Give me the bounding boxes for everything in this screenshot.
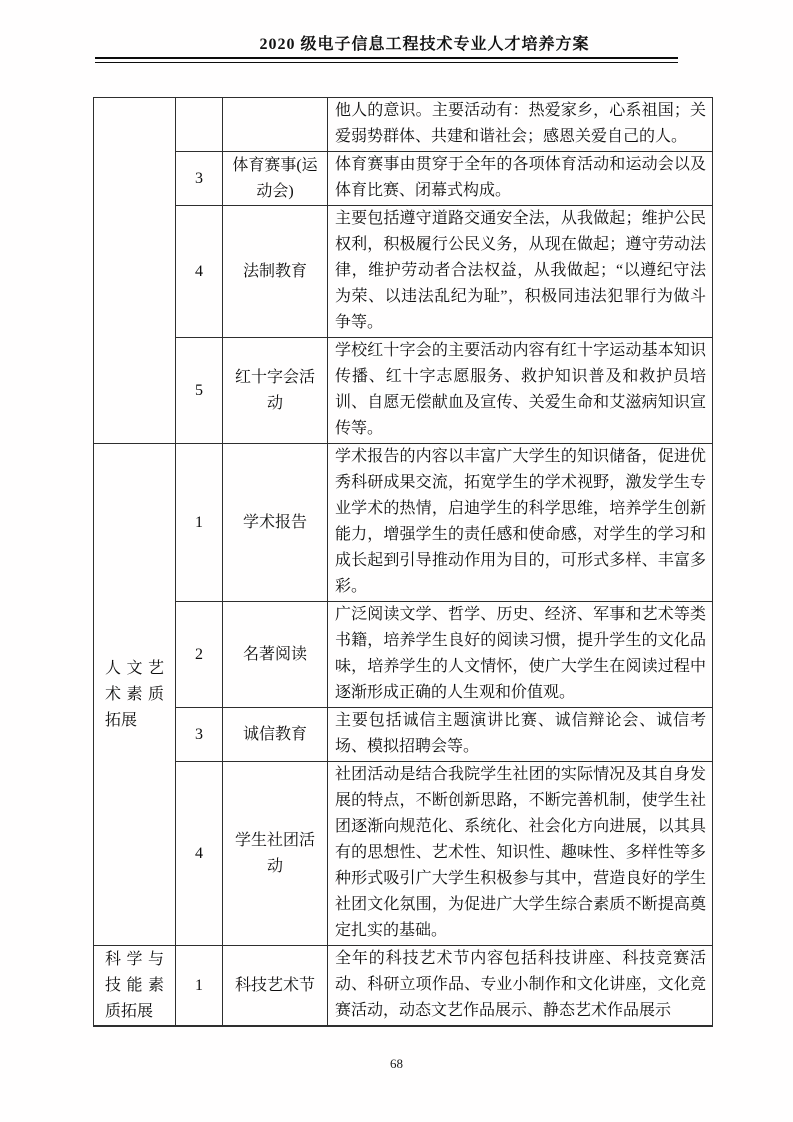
activity-description-cell: 广泛阅读文学、哲学、历史、经济、军事和艺术等类书籍，培养学生良好的阅读习惯，提升…	[328, 602, 713, 708]
category-cell	[94, 98, 176, 444]
training-program-table: 他人的意识。主要活动有：热爱家乡，心系祖国；关爱弱势群体、共建和谐社会；感恩关爱…	[93, 97, 713, 1027]
row-number-cell: 1	[176, 946, 223, 1027]
table-row: 3体育赛事(运动会)体育赛事由贯穿于全年的各项体育活动和运动会以及体育比赛、闭幕…	[94, 152, 713, 206]
document-title: 2020 级电子信息工程技术专业人才培养方案	[0, 31, 793, 54]
table-row: 4法制教育主要包括遵守道路交通安全法，从我做起；维护公民权利，积极履行公民义务，…	[94, 206, 713, 338]
activity-name-cell: 学生社团活动	[223, 762, 328, 946]
activity-description-cell: 社团活动是结合我院学生社团的实际情况及其自身发展的特点，不断创新思路，不断完善机…	[328, 762, 713, 946]
activity-description-cell: 学术报告的内容以丰富广大学生的知识储备，促进优秀科研成果交流，拓宽学生的学术视野…	[328, 444, 713, 602]
activity-name-cell: 红十字会活动	[223, 338, 328, 444]
activity-name-cell: 科技艺术节	[223, 946, 328, 1027]
activity-description-cell: 主要包括诚信主题演讲比赛、诚信辩论会、诚信考场、模拟招聘会等。	[328, 708, 713, 762]
activity-name-cell: 名著阅读	[223, 602, 328, 708]
row-number-cell: 3	[176, 152, 223, 206]
table-row: 人文艺术素质拓展1学术报告学术报告的内容以丰富广大学生的知识储备，促进优秀科研成…	[94, 444, 713, 602]
activity-description-cell: 全年的科技艺术节内容包括科技讲座、科技竞赛活动、科研立项作品、专业小制作和文化讲…	[328, 946, 713, 1027]
row-number-cell: 5	[176, 338, 223, 444]
row-number-cell	[176, 98, 223, 152]
activity-description-cell: 主要包括遵守道路交通安全法，从我做起；维护公民权利，积极履行公民义务，从现在做起…	[328, 206, 713, 338]
category-cell: 科学与技能素质拓展	[94, 946, 176, 1027]
row-number-cell: 4	[176, 206, 223, 338]
table-row: 5红十字会活动学校红十字会的主要活动内容有红十字运动基本知识传播、红十字志愿服务…	[94, 338, 713, 444]
activity-name-cell: 学术报告	[223, 444, 328, 602]
activity-description-cell: 体育赛事由贯穿于全年的各项体育活动和运动会以及体育比赛、闭幕式构成。	[328, 152, 713, 206]
training-table-body: 他人的意识。主要活动有：热爱家乡，心系祖国；关爱弱势群体、共建和谐社会；感恩关爱…	[94, 98, 713, 1027]
row-number-cell: 1	[176, 444, 223, 602]
header-divider	[95, 57, 678, 63]
activity-name-cell: 体育赛事(运动会)	[223, 152, 328, 206]
row-number-cell: 3	[176, 708, 223, 762]
table-row: 4学生社团活动社团活动是结合我院学生社团的实际情况及其自身发展的特点，不断创新思…	[94, 762, 713, 946]
page-number: 68	[0, 1056, 793, 1072]
row-number-cell: 2	[176, 602, 223, 708]
activity-description-cell: 学校红十字会的主要活动内容有红十字运动基本知识传播、红十字志愿服务、救护知识普及…	[328, 338, 713, 444]
activity-name-cell	[223, 98, 328, 152]
activity-name-cell: 诚信教育	[223, 708, 328, 762]
document-page: 2020 级电子信息工程技术专业人才培养方案 他人的意识。主要活动有：热爱家乡，…	[0, 0, 793, 1122]
table-row: 科学与技能素质拓展1科技艺术节全年的科技艺术节内容包括科技讲座、科技竞赛活动、科…	[94, 946, 713, 1027]
row-number-cell: 4	[176, 762, 223, 946]
category-cell: 人文艺术素质拓展	[94, 444, 176, 946]
table-row: 2名著阅读广泛阅读文学、哲学、历史、经济、军事和艺术等类书籍，培养学生良好的阅读…	[94, 602, 713, 708]
activity-name-cell: 法制教育	[223, 206, 328, 338]
table-row: 他人的意识。主要活动有：热爱家乡，心系祖国；关爱弱势群体、共建和谐社会；感恩关爱…	[94, 98, 713, 152]
activity-description-cell: 他人的意识。主要活动有：热爱家乡，心系祖国；关爱弱势群体、共建和谐社会；感恩关爱…	[328, 98, 713, 152]
table-row: 3诚信教育主要包括诚信主题演讲比赛、诚信辩论会、诚信考场、模拟招聘会等。	[94, 708, 713, 762]
